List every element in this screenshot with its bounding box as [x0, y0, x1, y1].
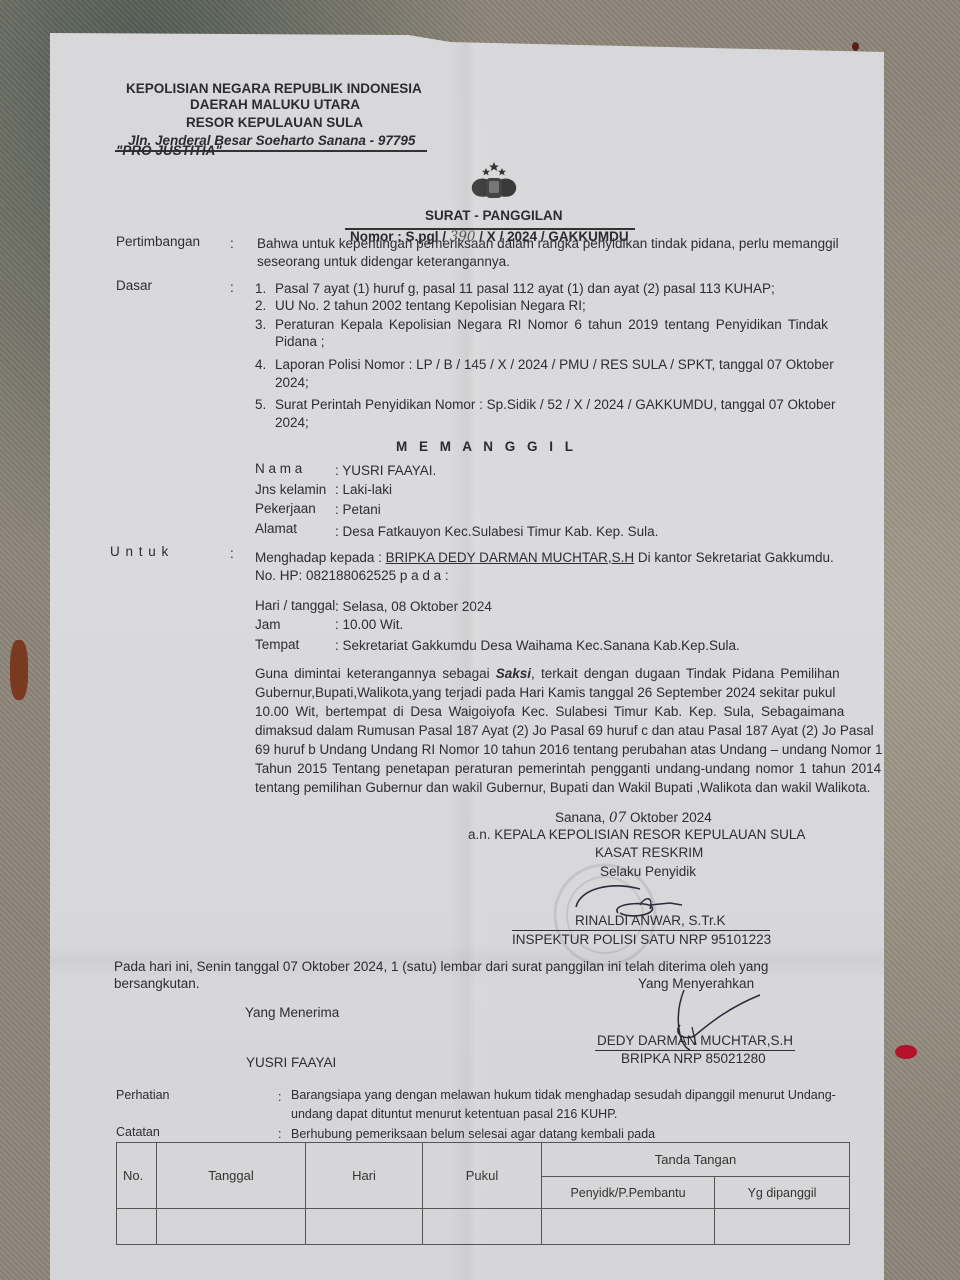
dasar-item-text: 2024;: [275, 375, 309, 390]
catatan-text: Berhubung pemeriksaan belum selesai agar…: [291, 1127, 655, 1141]
signer-rank: INSPEKTUR POLISI SATU NRP 95101223: [512, 932, 771, 947]
place-date-prefix: Sanana,: [555, 810, 609, 825]
table-cell[interactable]: [306, 1209, 423, 1245]
dasar-item-text: UU No. 2 tahun 2002 tentang Kepolisian N…: [275, 298, 586, 313]
stain-mark: [895, 1045, 917, 1059]
memanggil-heading: M E M A N G G I L: [396, 439, 577, 454]
appointment-label: Tempat: [255, 637, 299, 652]
purpose-line: Guna dimintai keterangannya sebagai Saks…: [255, 666, 840, 681]
dasar-item-text: Pasal 7 ayat (1) huruf g, pasal 11 pasal…: [275, 281, 775, 296]
signer-rule: [512, 930, 770, 931]
purpose-line: Tahun 2015 Tentang penetapan peraturan p…: [255, 761, 881, 776]
untuk-suffix: Di kantor Sekretariat Gakkumdu.: [634, 550, 834, 565]
officer-name: BRIPKA DEDY DARMAN MUCHTAR,S.H: [386, 550, 635, 565]
purpose-line: dimaksud dalam Rumusan Pasal 187 Ayat (2…: [255, 723, 874, 738]
appointment-label: Hari / tanggal: [255, 598, 335, 613]
dasar-item-number: 5.: [255, 397, 266, 412]
pertimbangan-text: seseorang untuk didengar keterangannya.: [257, 254, 510, 269]
dasar-item-number: 4.: [255, 357, 266, 372]
person-label: Alamat: [255, 521, 297, 536]
dasar-item-number: 3.: [255, 317, 266, 332]
letter-title: SURAT - PANGGILAN: [425, 208, 563, 223]
person-label: Jns kelamin: [255, 482, 326, 497]
dasar-item-text: Pidana ;: [275, 334, 325, 349]
dasar-item-text: Peraturan Kepala Kepolisian Negara RI No…: [275, 317, 828, 332]
deliverer-name: DEDY DARMAN MUCHTAR,S.H: [597, 1033, 793, 1048]
perhatian-text: undang dapat dituntut menurut ketentuan …: [291, 1107, 617, 1121]
person-label: N a m a: [255, 461, 302, 476]
purpose-prefix: Guna dimintai keterangannya sebagai: [255, 666, 496, 681]
untuk-colon: :: [230, 546, 234, 561]
perhatian-colon: :: [278, 1090, 281, 1104]
purpose-role: Saksi: [496, 666, 531, 681]
appointment-value: : 10.00 Wit.: [335, 617, 403, 632]
letterhead-line1: KEPOLISIAN NEGARA REPUBLIK INDONESIA: [126, 81, 422, 96]
table-subheader-penyidik: Penyidk/P.Pembantu: [542, 1177, 715, 1209]
dasar-colon: :: [230, 280, 234, 295]
purpose-line: Gubernur,Bupati,Walikota,yang terjadi pa…: [255, 685, 835, 700]
deliverer-rank: BRIPKA NRP 85021280: [621, 1051, 766, 1066]
stain-mark: [10, 640, 28, 700]
police-emblem-icon: [468, 162, 520, 206]
dasar-item-number: 2.: [255, 298, 266, 313]
pertimbangan-text: Bahwa untuk kepentingan pemeriksaan dala…: [257, 236, 839, 251]
table-header-no: No.: [117, 1143, 157, 1209]
untuk-label: U n t u k: [110, 544, 169, 559]
place-date: Sanana, 07 Oktober 2024: [555, 810, 712, 826]
table-row: [117, 1209, 850, 1245]
person-value: : Desa Fatkauyon Kec.Sulabesi Timur Kab.…: [335, 524, 658, 539]
dasar-item-number: 1.: [255, 281, 266, 296]
signer-position: KASAT RESKRIM: [595, 845, 703, 860]
receiver-name: YUSRI FAAYAI: [246, 1055, 336, 1070]
table-cell[interactable]: [117, 1209, 157, 1245]
purpose-suffix: , terkait dengan dugaan Tindak Pidana Pe…: [531, 666, 840, 681]
contact-phone: No. HP: 082188062525 p a d a :: [255, 568, 449, 583]
dasar-item-text: Laporan Polisi Nomor : LP / B / 145 / X …: [275, 357, 834, 372]
signer-name: RINALDI ANWAR, S.Tr.K: [575, 913, 726, 928]
table-cell[interactable]: [423, 1209, 542, 1245]
place-date-suffix: Oktober 2024: [626, 810, 712, 825]
purpose-line: 69 huruf b Undang Undang RI Nomor 10 tah…: [255, 742, 882, 757]
pertimbangan-colon: :: [230, 236, 234, 251]
person-label: Pekerjaan: [255, 501, 316, 516]
table-cell[interactable]: [157, 1209, 306, 1245]
receipt-text: bersangkutan.: [114, 976, 200, 991]
letterhead-line2: DAERAH MALUKU UTARA: [190, 97, 360, 112]
table-cell[interactable]: [715, 1209, 850, 1245]
pertimbangan-label: Pertimbangan: [116, 234, 200, 249]
letterhead-motto: "PRO JUSTITIA": [116, 143, 222, 158]
dasar-item-text: 2024;: [275, 415, 309, 430]
return-schedule-table: No. Tanggal Hari Pukul Tanda Tangan Peny…: [116, 1142, 850, 1245]
perhatian-text: Barangsiapa yang dengan melawan hukum ti…: [291, 1088, 836, 1102]
receipt-text: Pada hari ini, Senin tanggal 07 Oktober …: [114, 959, 768, 974]
stain-mark: [852, 42, 859, 51]
appointment-value: : Sekretariat Gakkumdu Desa Waihama Kec.…: [335, 638, 740, 653]
person-value: : Petani: [335, 502, 381, 517]
catatan-colon: :: [278, 1127, 281, 1141]
table-cell[interactable]: [542, 1209, 715, 1245]
purpose-line: tentang pemilihan Gubernur dan wakil Gub…: [255, 780, 870, 795]
letterhead-line3: RESOR KEPULAUAN SULA: [186, 115, 363, 130]
catatan-label: Catatan: [116, 1125, 160, 1139]
receiver-label: Yang Menerima: [245, 1005, 339, 1020]
person-value: : YUSRI FAAYAI.: [335, 463, 436, 478]
appointment-value: : Selasa, 08 Oktober 2024: [335, 599, 492, 614]
table-header-tanda-tangan: Tanda Tangan: [542, 1143, 850, 1177]
untuk-prefix: Menghadap kepada :: [255, 550, 386, 565]
dasar-label: Dasar: [116, 278, 152, 293]
dasar-item-text: Surat Perintah Penyidikan Nomor : Sp.Sid…: [275, 397, 836, 412]
table-header-pukul: Pukul: [423, 1143, 542, 1209]
table-header-tanggal: Tanggal: [157, 1143, 306, 1209]
person-value: : Laki-laki: [335, 482, 392, 497]
place-date-day: 07: [609, 810, 626, 826]
table-header-hari: Hari: [306, 1143, 423, 1209]
perhatian-label: Perhatian: [116, 1088, 170, 1102]
purpose-line: 10.00 Wit, bertempat di Desa Waigoiyofa …: [255, 704, 844, 719]
table-subheader-dipanggil: Yg dipanggil: [715, 1177, 850, 1209]
on-behalf: a.n. KEPALA KEPOLISIAN RESOR KEPULAUAN S…: [468, 827, 805, 842]
untuk-text: Menghadap kepada : BRIPKA DEDY DARMAN MU…: [255, 550, 834, 565]
summons-letter: KEPOLISIAN NEGARA REPUBLIK INDONESIA DAE…: [50, 30, 884, 1280]
appointment-label: Jam: [255, 617, 281, 632]
